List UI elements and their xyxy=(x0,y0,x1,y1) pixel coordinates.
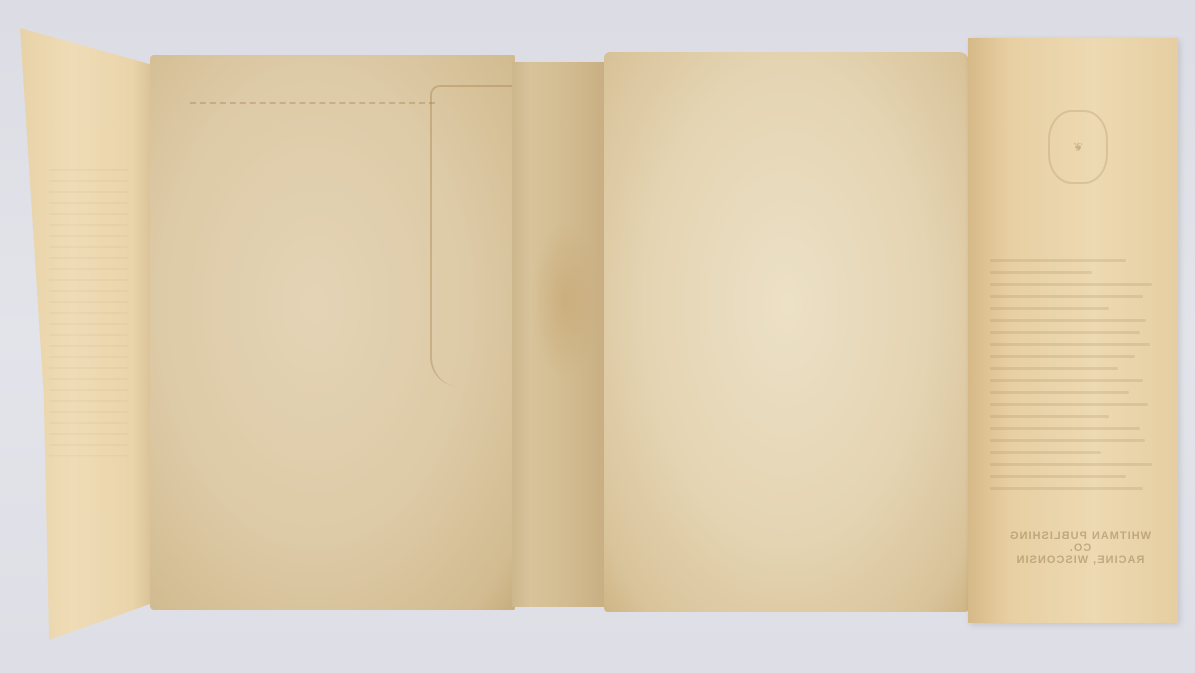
bleedthrough-text-block xyxy=(990,250,1160,499)
imprint-line-1: WHITMAN PUBLISHING CO. xyxy=(1005,530,1155,554)
front-panel xyxy=(604,52,969,612)
publisher-imprint: WHITMAN PUBLISHING CO. RACINE, WISCONSIN xyxy=(1005,530,1155,566)
water-stain-edge xyxy=(430,85,522,387)
series-logo-bleedthrough: ❦ xyxy=(1048,110,1108,184)
spine-stain xyxy=(530,220,600,380)
left-flap xyxy=(20,28,152,640)
water-stain-top xyxy=(190,88,435,104)
imprint-line-2: RACINE, WISCONSIN xyxy=(1005,554,1155,566)
